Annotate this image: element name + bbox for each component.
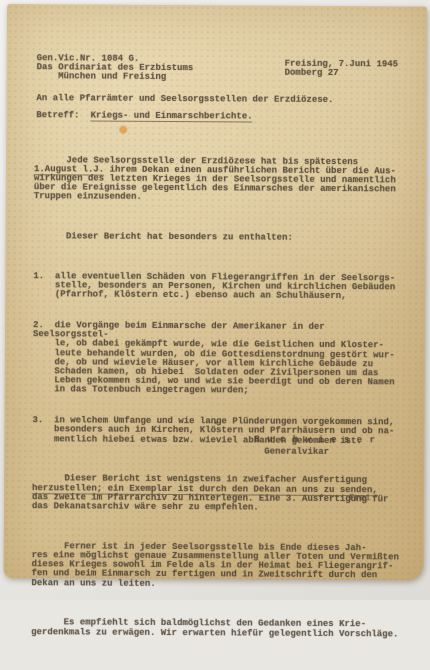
- signature-name: B u c h w i e s e r: [254, 436, 376, 446]
- letterhead-left: Gen.Vic.Nr. 1084 G. Das Ordinariat des E…: [37, 54, 194, 83]
- street-address: Domberg 27: [285, 68, 339, 78]
- footer-note: Frei: [349, 494, 371, 503]
- subject-line: Betreff:Kriegs- und Einmarschberichte.: [36, 111, 252, 122]
- sender-city: München und Freising: [37, 72, 167, 83]
- signature-title: Generalvikar: [264, 448, 329, 458]
- subject-label: Betreff:: [36, 110, 79, 120]
- letterhead-right: Freising, 7.Juni 1945 Domberg 27: [285, 60, 399, 79]
- recipient-text: An alle Pfarrämter und Seelsorgsstellen …: [36, 93, 333, 105]
- subject-text: Kriegs- und Einmarschberichte.: [91, 111, 253, 123]
- list-item-1: 1. alle eventuellen Schäden von Fliegera…: [33, 272, 405, 302]
- letter-body: Jede Seelsorgsstelle der Erzdiözese hat …: [31, 128, 406, 600]
- paragraph-list-intro: Dieser Bericht hat besonders zu enthalte…: [34, 232, 406, 243]
- list-item-2: 2. die Vorgänge beim Einmarsche der Amer…: [33, 321, 405, 397]
- paragraph-casualty-list: Ferner ist in jeder Seelsorgsstelle bis …: [31, 542, 403, 590]
- paragraph-instruction: Jede Seelsorgsstelle der Erzdiözese hat …: [34, 156, 406, 204]
- recipient-line: An alle Pfarrämter und Seelsorgsstellen …: [36, 94, 333, 105]
- document-page: Gen.Vic.Nr. 1084 G. Das Ordinariat des E…: [3, 4, 426, 581]
